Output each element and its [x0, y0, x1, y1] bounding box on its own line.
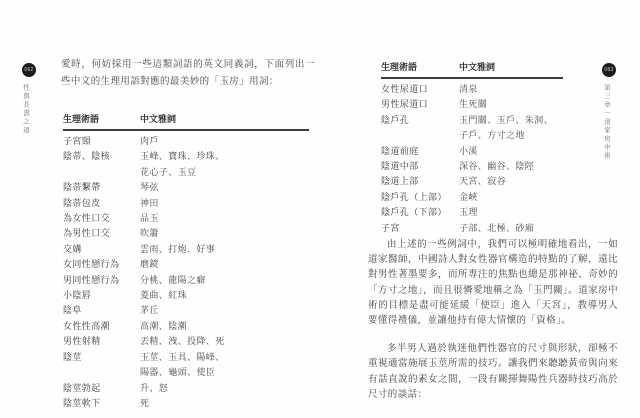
value-cell: 子部、北極、砂廂 — [459, 221, 563, 236]
term-cell: 陰莖 — [63, 350, 140, 381]
value-cell: 生死關 — [459, 97, 563, 112]
term-cell: 小陰唇 — [63, 288, 140, 303]
value-cell: 清泉 — [459, 82, 563, 97]
term-cell: 陰道上部 — [381, 174, 459, 189]
value-cell: 小溪 — [459, 144, 563, 159]
term-cell: 陰戶孔（下部） — [381, 205, 459, 220]
table-row: 陰蒂、陰核玉峰、寶珠、珍珠、 花心子、玉豆 — [63, 149, 309, 180]
term-cell: 女性尿道口 — [381, 82, 459, 97]
value-cell: 丟精、洩、投降、死 — [140, 334, 309, 349]
table-row: 為女性口交品玉 — [63, 211, 309, 226]
table-row: 陰蒂繫帶琴弦 — [63, 180, 309, 195]
table-row: 陰蒂包皮神田 — [63, 196, 309, 211]
term-cell: 陰蒂繫帶 — [63, 180, 140, 195]
table-body: 子宮頸肉戶陰蒂、陰核玉峰、寶珠、珍珠、 花心子、玉豆陰蒂繫帶琴弦陰蒂包皮神田為女… — [63, 131, 309, 411]
body-text: 由上述的一些例詞中，我們可以極明確地看出，一如道家醫師，中國詩人對女性器官構造的… — [368, 238, 618, 416]
table-row: 交媾雲雨、打炮、好事 — [63, 242, 309, 257]
paragraph: 由上述的一些例詞中，我們可以極明確地看出，一如道家醫師，中國詩人對女性器官構造的… — [368, 238, 618, 329]
table-row: 陰莖軟下死 — [63, 396, 309, 411]
table-row: 女同性戀行為磨鏡 — [63, 257, 309, 272]
value-cell: 肉戶 — [140, 134, 309, 149]
value-cell: 深谷、幽谷、陰陘 — [459, 159, 563, 174]
table-row: 男性尿道口生死關 — [381, 97, 563, 112]
value-cell: 琴弦 — [140, 180, 309, 195]
value-cell: 玉門關、玉戶、朱洞、 子戶、方寸之地 — [459, 113, 563, 144]
table-header-row: 生理術語 中文雅詞 — [381, 60, 563, 79]
value-cell: 升、怒 — [140, 381, 309, 396]
table-row: 男同性戀行為分桃、龍陽之癖 — [63, 273, 309, 288]
column-header-term: 生理術語 — [381, 60, 459, 73]
table-row: 小陰唇菱曲、紅珠 — [63, 288, 309, 303]
paragraph: 多半男人過於執迷他們性器官的尺寸與形狀，卻極不重視適當施展玉莖所需的技巧。讓我們… — [368, 342, 618, 403]
column-header-elegant: 中文雅詞 — [140, 112, 309, 125]
table-header-row: 生理術語 中文雅詞 — [63, 112, 309, 131]
value-cell: 茅丘 — [140, 303, 309, 318]
value-cell: 玉峰、寶珠、珍珠、 花心子、玉豆 — [140, 149, 309, 180]
value-cell: 磨鏡 — [140, 257, 309, 272]
table-row: 陰莖勃起升、怒 — [63, 381, 309, 396]
term-cell: 男性射精 — [63, 334, 140, 349]
page-number-badge-right: 063 — [602, 63, 616, 77]
glossary-table-left: 生理術語 中文雅詞 子宮頸肉戶陰蒂、陰核玉峰、寶珠、珍珠、 花心子、玉豆陰蒂繫帶… — [63, 112, 309, 411]
table-row: 陰道前庭小溪 — [381, 144, 563, 159]
value-cell: 金峽 — [459, 190, 563, 205]
term-cell: 子宮頸 — [63, 134, 140, 149]
term-cell: 陰戶孔 — [381, 113, 459, 144]
running-title-left: 性與長壽之道 — [21, 84, 30, 135]
glossary-table-right: 生理術語 中文雅詞 女性尿道口清泉男性尿道口生死關陰戶孔玉門關、玉戶、朱洞、 子… — [381, 60, 563, 236]
table-row: 陰戶孔（下部）玉理 — [381, 205, 563, 220]
table-row: 陰戶孔玉門關、玉戶、朱洞、 子戶、方寸之地 — [381, 113, 563, 144]
term-cell: 女性性高潮 — [63, 319, 140, 334]
term-cell: 為男性口交 — [63, 226, 140, 241]
table-row: 陰阜茅丘 — [63, 303, 309, 318]
table-row: 子宮頸肉戶 — [63, 134, 309, 149]
table-row: 陰道上部天宮、寂谷 — [381, 174, 563, 189]
table-body: 女性尿道口清泉男性尿道口生死關陰戶孔玉門關、玉戶、朱洞、 子戶、方寸之地陰道前庭… — [381, 79, 563, 236]
table-row: 陰戶孔（上部）金峽 — [381, 190, 563, 205]
term-cell: 為女性口交 — [63, 211, 140, 226]
table-row: 男性射精丟精、洩、投降、死 — [63, 334, 309, 349]
value-cell: 高潮、陰潮 — [140, 319, 309, 334]
term-cell: 陰莖勃起 — [63, 381, 140, 396]
value-cell: 神田 — [140, 196, 309, 211]
term-cell: 女同性戀行為 — [63, 257, 140, 272]
term-cell: 陰道前庭 — [381, 144, 459, 159]
term-cell: 陰道中部 — [381, 159, 459, 174]
term-cell: 陰阜 — [63, 303, 140, 318]
table-row: 女性尿道口清泉 — [381, 82, 563, 97]
value-cell: 死 — [140, 396, 309, 411]
term-cell: 子宮 — [381, 221, 459, 236]
value-cell: 吹簫 — [140, 226, 309, 241]
column-header-elegant: 中文雅詞 — [459, 60, 563, 73]
intro-paragraph: 愛時，何妨採用一些這類詞語的英文同義詞，下面列出一些中文的生理用語對應的最美妙的… — [61, 57, 315, 90]
table-row: 女性性高潮高潮、陰潮 — [63, 319, 309, 334]
table-row: 陰莖玉莖、玉具、陽峰、 陽器、龜頭、使臣 — [63, 350, 309, 381]
term-cell: 陰蒂、陰核 — [63, 149, 140, 180]
book-spread: 062 性與長壽之道 愛時，何妨採用一些這類詞語的英文同義詞，下面列出一些中文的… — [0, 0, 640, 418]
running-title-right: 第三章｜道家房中術 — [602, 84, 611, 161]
table-row: 為男性口交吹簫 — [63, 226, 309, 241]
value-cell: 雲雨、打炮、好事 — [140, 242, 309, 257]
value-cell: 分桃、龍陽之癖 — [140, 273, 309, 288]
value-cell: 玉理 — [459, 205, 563, 220]
table-row: 子宮子部、北極、砂廂 — [381, 221, 563, 236]
term-cell: 陰戶孔（上部） — [381, 190, 459, 205]
value-cell: 品玉 — [140, 211, 309, 226]
value-cell: 天宮、寂谷 — [459, 174, 563, 189]
term-cell: 陰蒂包皮 — [63, 196, 140, 211]
term-cell: 交媾 — [63, 242, 140, 257]
page-number-badge-left: 062 — [22, 63, 36, 77]
column-header-term: 生理術語 — [63, 112, 140, 125]
term-cell: 男同性戀行為 — [63, 273, 140, 288]
value-cell: 玉莖、玉具、陽峰、 陽器、龜頭、使臣 — [140, 350, 309, 381]
term-cell: 男性尿道口 — [381, 97, 459, 112]
value-cell: 菱曲、紅珠 — [140, 288, 309, 303]
term-cell: 陰莖軟下 — [63, 396, 140, 411]
table-row: 陰道中部深谷、幽谷、陰陘 — [381, 159, 563, 174]
